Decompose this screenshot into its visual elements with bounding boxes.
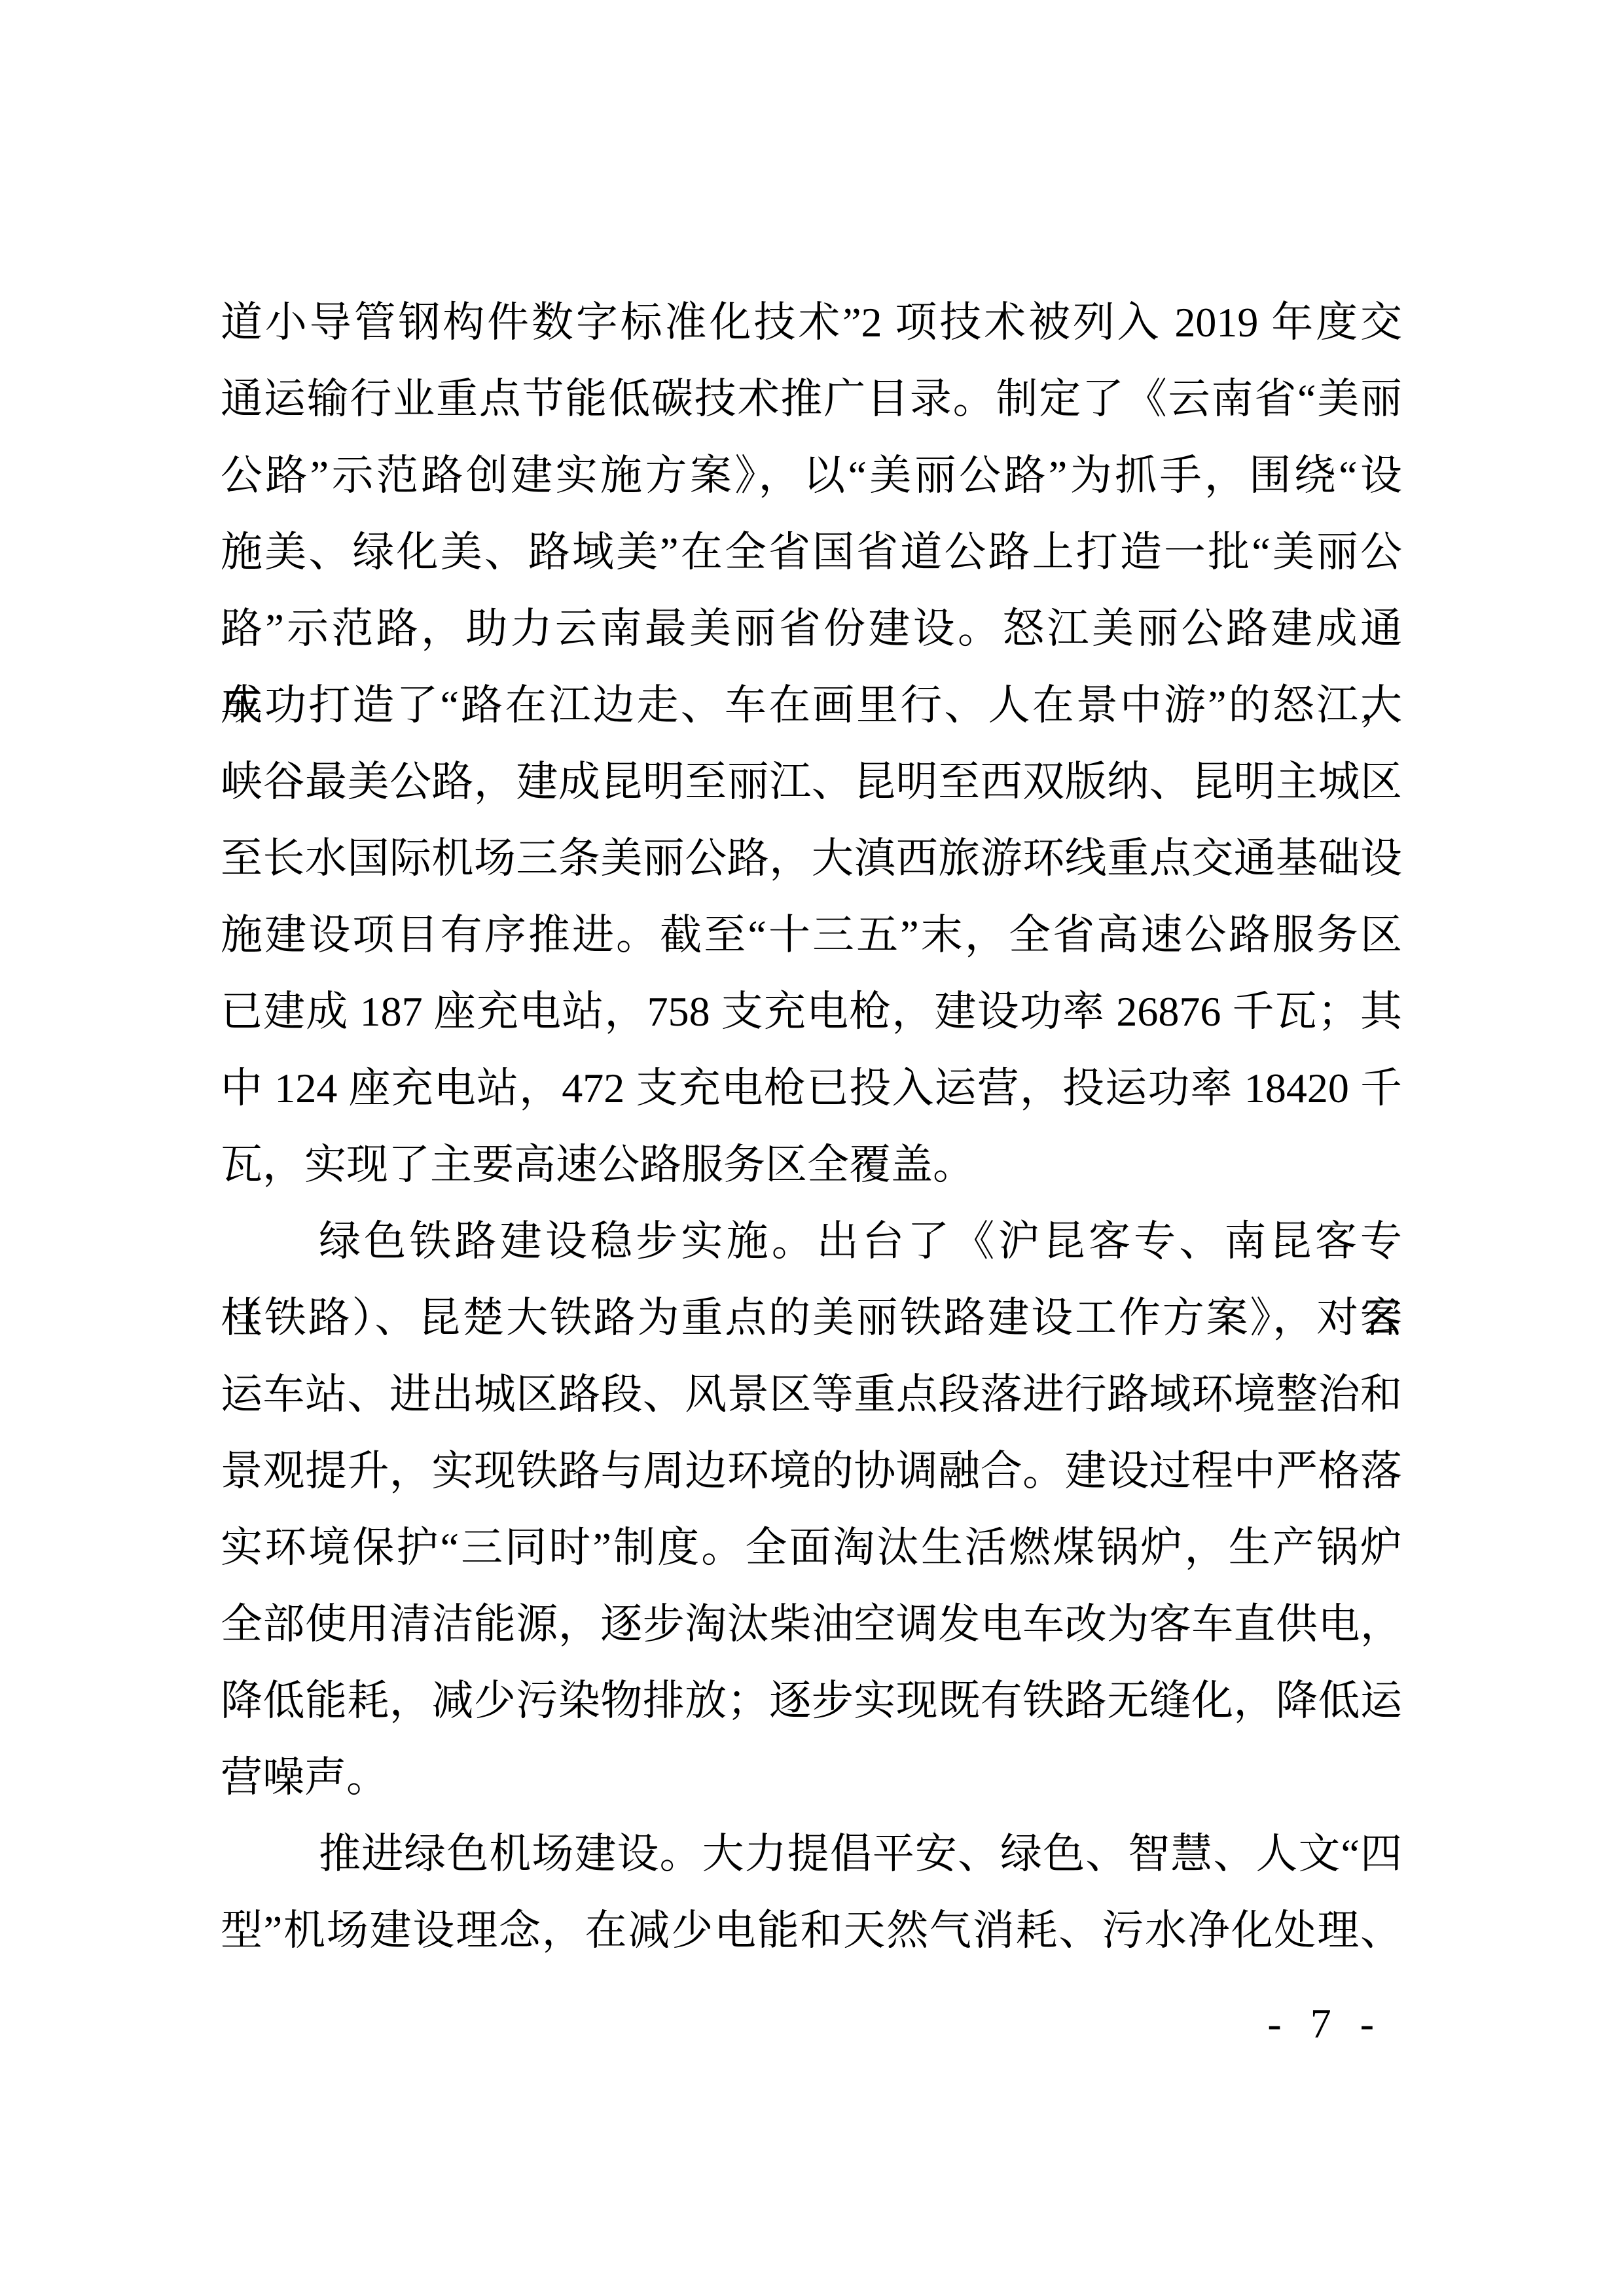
text-line: 实环境保护“三同时”制度。全面淘汰生活燃煤锅炉，生产锅炉 xyxy=(221,1509,1402,1586)
text-line: 路”示范路，助力云南最美丽省份建设。怒江美丽公路建成通车， xyxy=(221,590,1402,667)
text-line: 全部使用清洁能源，逐步淘汰柴油空调发电车改为客车直供电， xyxy=(221,1586,1402,1662)
text-line: 降低能耗，减少污染物排放；逐步实现既有铁路无缝化，降低运 xyxy=(221,1662,1402,1739)
text-line: 公路”示范路创建实施方案》，以“美丽公路”为抓手，围绕“设 xyxy=(221,437,1402,514)
text-line: 峡谷最美公路，建成昆明至丽江、昆明至西双版纳、昆明主城区 xyxy=(221,744,1402,820)
text-line: 通运输行业重点节能低碳技术推广目录。制定了《云南省“美丽 xyxy=(221,361,1402,437)
text-line: 中 124 座充电站，472 支充电枪已投入运营，投运功率 18420 千 xyxy=(221,1050,1402,1126)
text-line: 施建设项目有序推进。截至“十三五”末，全省高速公路服务区 xyxy=(221,897,1402,973)
text-line: 景观提升，实现铁路与周边环境的协调融合。建设过程中严格落 xyxy=(221,1433,1402,1509)
text-line: 施美、绿化美、路域美”在全省国省道公路上打造一批“美丽公 xyxy=(221,514,1402,590)
document-page: 道小导管钢构件数字标准化技术”2 项技术被列入 2019 年度交 通运输行业重点… xyxy=(0,0,1624,2296)
text-line: 型”机场建设理念，在减少电能和天然气消耗、污水净化处理、 xyxy=(221,1892,1402,1969)
text-line paragraph-start: 绿色铁路建设稳步实施。出台了《沪昆客专、南昆客专（云 xyxy=(221,1203,1402,1280)
text-line paragraph-start: 推进绿色机场建设。大力提倡平安、绿色、智慧、人文“四 xyxy=(221,1816,1402,1892)
text-block: 道小导管钢构件数字标准化技术”2 项技术被列入 2019 年度交 通运输行业重点… xyxy=(221,284,1402,1969)
text-line paragraph-end: 瓦，实现了主要高速公路服务区全覆盖。 xyxy=(221,1126,1402,1203)
page-number: - 7 - xyxy=(1267,1991,1383,2056)
text-line: 至长水国际机场三条美丽公路，大滇西旅游环线重点交通基础设 xyxy=(221,820,1402,897)
text-line: 桂铁路）、昆楚大铁路为重点的美丽铁路建设工作方案》，对客 xyxy=(221,1280,1402,1356)
text-line: 已建成 187 座充电站，758 支充电枪，建设功率 26876 千瓦；其 xyxy=(221,973,1402,1050)
text-line paragraph-end: 营噪声。 xyxy=(221,1739,1402,1816)
text-line: 道小导管钢构件数字标准化技术”2 项技术被列入 2019 年度交 xyxy=(221,284,1402,361)
text-line: 运车站、进出城区路段、风景区等重点段落进行路域环境整治和 xyxy=(221,1356,1402,1433)
text-line: 成功打造了“路在江边走、车在画里行、人在景中游”的怒江大 xyxy=(221,667,1402,744)
